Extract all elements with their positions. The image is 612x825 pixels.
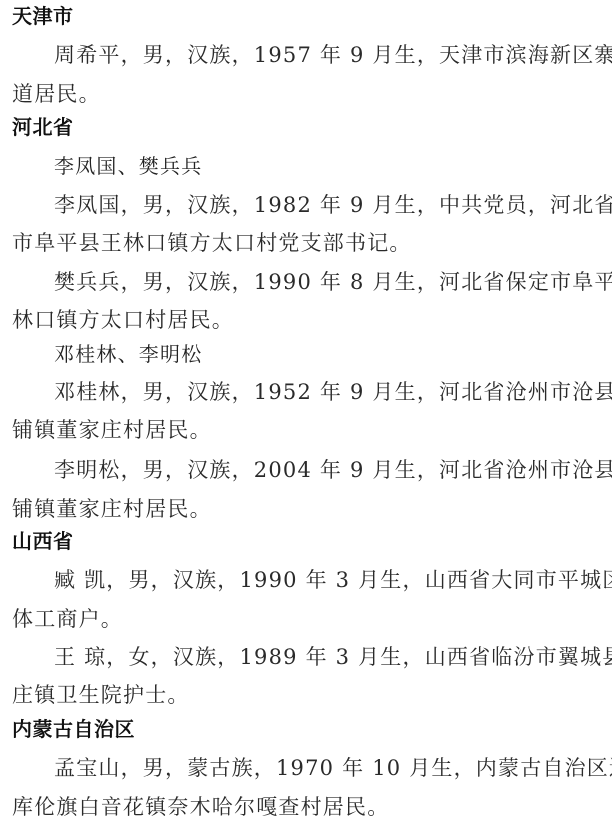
paragraph-line: 王 琼，女，汉族，1989 年 3 月生，山西省临汾市翼城县王 xyxy=(12,643,602,671)
paragraph-line: 市阜平县王林口镇方太口村党支部书记。 xyxy=(12,229,602,257)
paragraph-line: 道居民。 xyxy=(12,80,602,108)
paragraph-line: 周希平，男，汉族，1957 年 9 月生，天津市滨海新区寨上街 xyxy=(12,41,602,69)
paragraph-line: 体工商户。 xyxy=(12,605,602,633)
region-heading-inner-mongolia: 内蒙古自治区 xyxy=(12,715,602,743)
region-heading-hebei: 河北省 xyxy=(12,113,602,141)
paragraph-line: 邓桂林，男，汉族，1952 年 9 月生，河北省沧州市沧县汪家 xyxy=(12,378,602,406)
paragraph-line: 铺镇董家庄村居民。 xyxy=(12,495,602,523)
paragraph-line: 孟宝山，男，蒙古族，1970 年 10 月生，内蒙古自治区通辽市 xyxy=(12,754,602,782)
region-heading-shanxi: 山西省 xyxy=(12,527,602,555)
paragraph-line: 樊兵兵，男，汉族，1990 年 8 月生，河北省保定市阜平县王 xyxy=(12,268,602,296)
paragraph-line: 林口镇方太口村居民。 xyxy=(12,306,602,334)
paragraph-line: 庄镇卫生院护士。 xyxy=(12,681,602,709)
group-subheading: 李凤国、樊兵兵 xyxy=(12,152,602,180)
paragraph-line: 李凤国，男，汉族，1982 年 9 月生，中共党员，河北省保定 xyxy=(12,191,602,219)
region-heading-tianjin: 天津市 xyxy=(12,2,602,30)
paragraph-line: 铺镇董家庄村居民。 xyxy=(12,416,602,444)
group-subheading: 邓桂林、李明松 xyxy=(12,340,602,368)
paragraph-line: 臧 凯，男，汉族，1990 年 3 月生，山西省大同市平城区个 xyxy=(12,566,602,594)
document-page: 天津市 周希平，男，汉族，1957 年 9 月生，天津市滨海新区寨上街 道居民。… xyxy=(0,0,612,825)
paragraph-line: 库伦旗白音花镇奈木哈尔嘎查村居民。 xyxy=(12,793,602,821)
paragraph-line: 李明松，男，汉族，2004 年 9 月生，河北省沧州市沧县汪家 xyxy=(12,456,602,484)
